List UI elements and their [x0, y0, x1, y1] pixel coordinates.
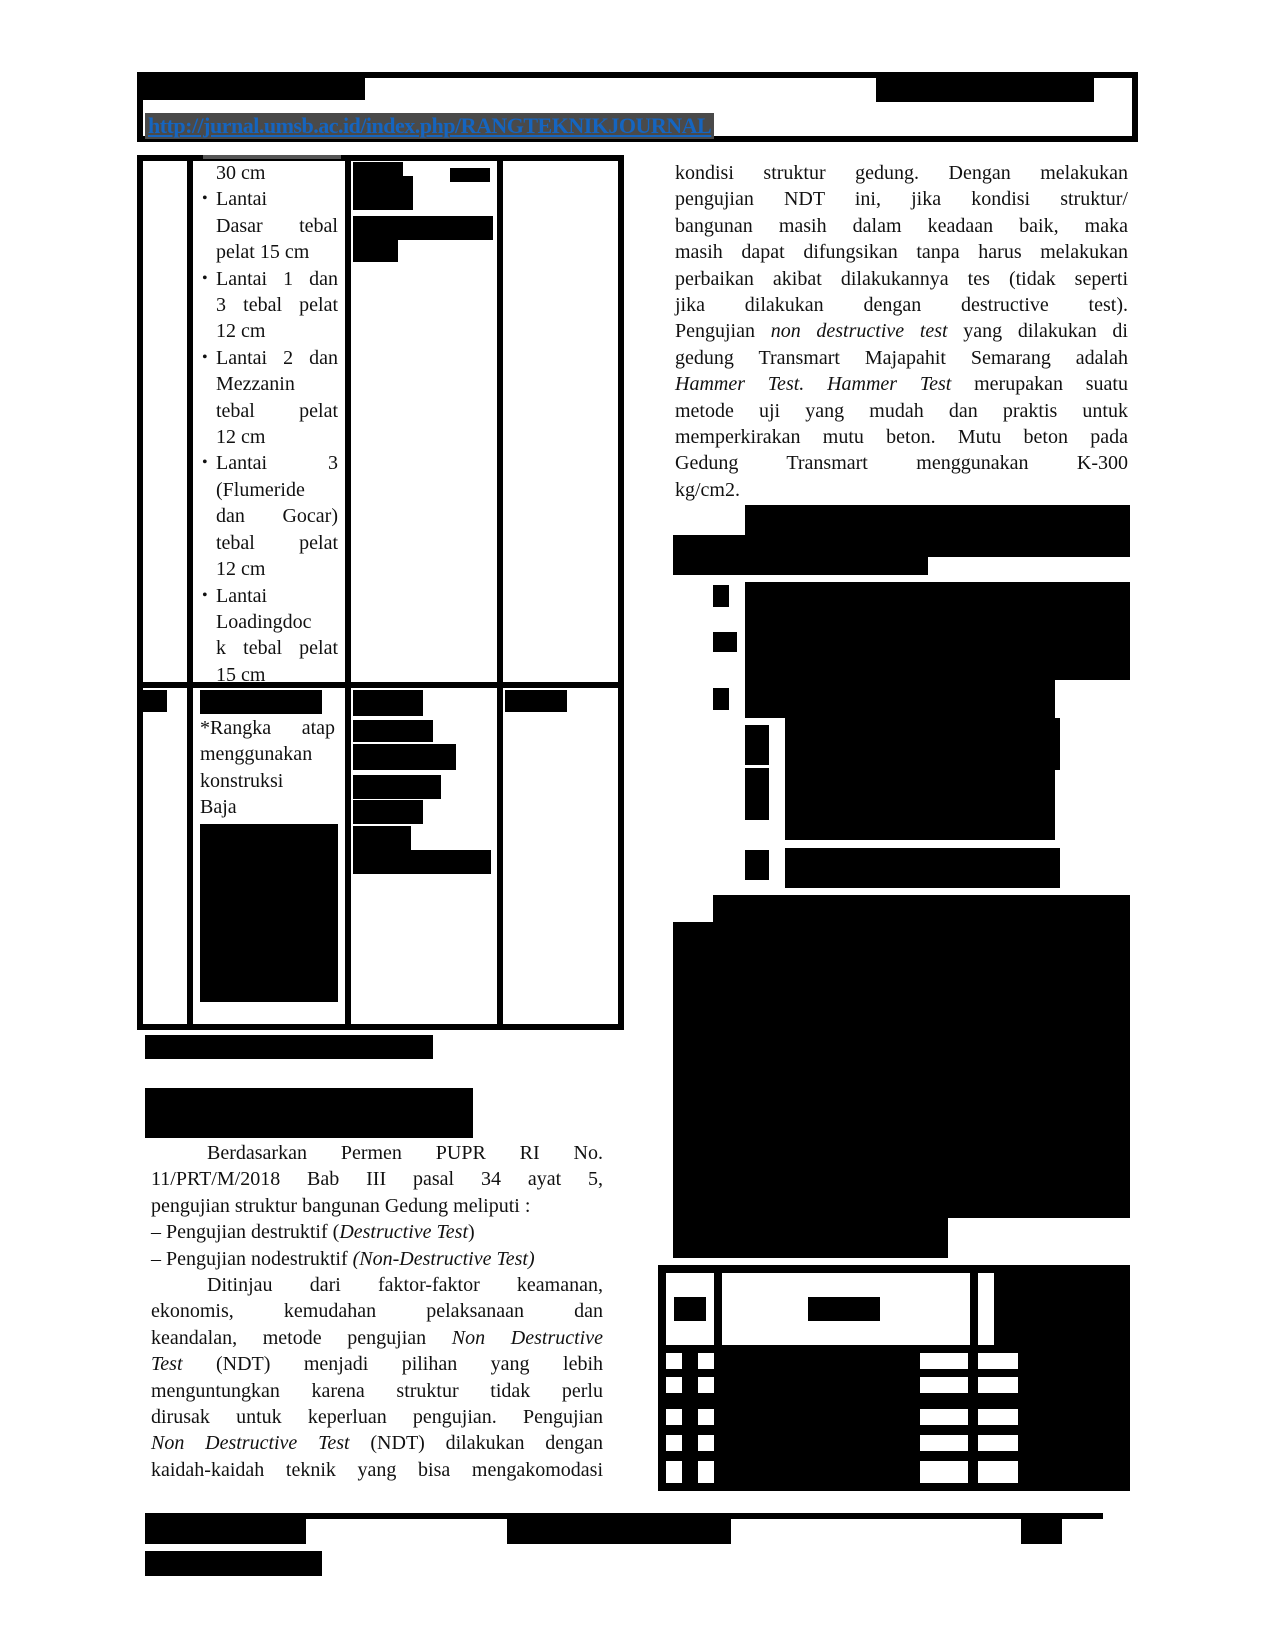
list-line: 12 cm: [200, 318, 338, 344]
redacted-list-marker: [713, 688, 729, 710]
text-line: kaidah-kaidah teknik yang bisa mengakomo…: [151, 1457, 603, 1483]
text-line: bangunan masih dalam keadaan baik, maka: [675, 213, 1128, 239]
table-cell: [978, 1435, 1018, 1451]
redacted-sublist-item: [785, 768, 1055, 840]
list-item-lantai-3: •Lantai 3: [200, 450, 338, 476]
redacted-cell-text: [353, 800, 423, 824]
note-line: konstruksi: [200, 768, 335, 794]
redacted-list-item: [745, 668, 1055, 718]
table-col-divider-1: [187, 155, 193, 1030]
table-cell: [978, 1409, 1018, 1425]
text-line: keandalan, metode pengujian Non Destruct…: [151, 1325, 603, 1351]
redacted-cell-text: [450, 168, 490, 182]
text-line: 11/PRT/M/2018 Bab III pasal 34 ayat 5,: [151, 1166, 603, 1192]
redacted-cell-text: [353, 162, 403, 176]
text-line: masih dapat difungsikan tanpa harus mela…: [675, 239, 1128, 265]
table-cell: [920, 1461, 968, 1483]
header-redacted-right: [876, 78, 1094, 102]
text-line: dirusak untuk keperluan pengujian. Pengu…: [151, 1404, 603, 1430]
list-line: Loadingdoc: [200, 609, 338, 635]
list-item-lantai-2-mezzanin: •Lantai 2 dan: [200, 345, 338, 371]
list-line: dan Gocar): [200, 503, 338, 529]
header-redacted-left: [143, 78, 365, 100]
table-cell: [920, 1435, 968, 1451]
note-line: Baja: [200, 794, 335, 820]
redacted-paragraph: [713, 895, 1130, 923]
text-line: jika dilakukan dengan destructive test).: [675, 292, 1128, 318]
text-line: kondisi struktur gedung. Dengan melakuka…: [675, 160, 1128, 186]
list-line: 12 cm: [200, 424, 338, 450]
redacted-table-source: [145, 1035, 433, 1059]
table-cell: [978, 1353, 1018, 1369]
list-line: pelat 15 cm: [200, 239, 338, 265]
text-line: ekonomis, kemudahan pelaksanaan dan: [151, 1298, 603, 1324]
table-cell: [666, 1435, 682, 1451]
text-line: pengujian NDT ini, jika kondisi struktur…: [675, 186, 1128, 212]
table-cell: [920, 1409, 968, 1425]
redacted-cell-text: [353, 744, 456, 770]
list-line: tebal pelat: [200, 398, 338, 424]
text-line: kg/cm2.: [675, 477, 1128, 503]
text-line: gedung Transmart Majapahit Semarang adal…: [675, 345, 1128, 371]
text-line: menguntungkan karena struktur tidak perl…: [151, 1378, 603, 1404]
hammer-test-paragraph: kondisi struktur gedung. Dengan melakuka…: [675, 160, 1128, 503]
list-item-lantai-dasar: •Lantai: [200, 186, 338, 212]
text-line: Test (NDT) menjadi pilihan yang lebih: [151, 1351, 603, 1377]
table-cell: [698, 1377, 714, 1393]
table-cell: [666, 1377, 682, 1393]
table-cell: [666, 1461, 682, 1483]
text-line: Ditinjau dari faktor-faktor keamanan,: [151, 1272, 603, 1298]
note-line: menggunakan: [200, 741, 335, 767]
ndt-regulation-paragraph: Berdasarkan Permen PUPR RI No. 11/PRT/M/…: [151, 1140, 603, 1483]
redacted-cell-text: [353, 240, 398, 262]
redacted-header-text: [808, 1297, 880, 1321]
list-line: 12 cm: [200, 556, 338, 582]
list-line: 3 tebal pelat: [200, 292, 338, 318]
redacted-footer-center: [507, 1519, 731, 1544]
redacted-paragraph: [673, 1218, 948, 1258]
text-line: Hammer Test. Hammer Test merupakan suatu: [675, 371, 1128, 397]
redacted-list-item: [745, 582, 1130, 630]
list-line: k tebal pelat: [200, 635, 338, 661]
redacted-cell-text: [353, 775, 441, 799]
redacted-paragraph: [673, 1118, 1130, 1218]
redacted-sublist-marker: [745, 850, 769, 880]
list-item-loadingdock: •Lantai: [200, 583, 338, 609]
list-line: Dasar tebal: [200, 213, 338, 239]
redacted-sublist-item: [785, 718, 1060, 770]
redacted-cell-text: [353, 690, 423, 716]
list-item-lantai-1-3: •Lantai 1 dan: [200, 266, 338, 292]
cell-top-shade: [203, 155, 341, 159]
list-line: tebal pelat: [200, 530, 338, 556]
list-line: 30 cm: [200, 160, 338, 186]
redacted-page-number: [1021, 1519, 1062, 1544]
redacted-sublist-marker: [745, 768, 769, 820]
table-cell: [920, 1353, 968, 1369]
note-line: *Rangka atap: [200, 715, 335, 741]
roof-truss-note: *Rangka atap menggunakan konstruksi Baja: [200, 715, 335, 821]
redacted-sublist-marker: [745, 725, 769, 765]
text-line: memperkirakan mutu beton. Mutu beton pad…: [675, 424, 1128, 450]
redacted-list-marker: [713, 585, 729, 607]
table-cell: [666, 1409, 682, 1425]
redacted-cell-text: [200, 824, 338, 1002]
list-item-destructive: – Pengujian destruktif (Destructive Test…: [151, 1219, 603, 1245]
redacted-cell-text: [353, 216, 493, 240]
table-cell: [698, 1409, 714, 1425]
redacted-footer-left: [145, 1519, 306, 1544]
redacted-list-marker: [713, 632, 737, 652]
redacted-cell-heading: [200, 690, 322, 714]
text-line: pengujian struktur bangunan Gedung melip…: [151, 1193, 603, 1219]
text-line: perbaikan akibat dilakukannya tes (tidak…: [675, 266, 1128, 292]
table-cell: [978, 1377, 1018, 1393]
redacted-section-heading: [145, 1088, 473, 1138]
table-header-cell: [978, 1273, 994, 1345]
redacted-row-number: [143, 690, 167, 712]
list-item-non-destructive: – Pengujian nodestruktif (Non-Destructiv…: [151, 1246, 603, 1272]
table-cell: [920, 1377, 968, 1393]
redacted-cell-text: [505, 690, 567, 712]
list-line: Mezzanin: [200, 371, 338, 397]
list-line: (Flumeride: [200, 477, 338, 503]
redacted-cell-text: [353, 720, 433, 742]
text-line: metode uji yang mudah dan praktis untuk: [675, 398, 1128, 424]
table-col-divider-2: [345, 155, 351, 1030]
redacted-sublist-item: [785, 848, 1060, 888]
slab-thickness-list: 30 cm •Lantai Dasar tebal pelat 15 cm •L…: [200, 160, 338, 688]
text-line: Pengujian non destructive test yang dila…: [675, 318, 1128, 344]
table-cell: [698, 1461, 714, 1483]
text-line: Non Destructive Test (NDT) dilakukan den…: [151, 1430, 603, 1456]
text-line: Berdasarkan Permen PUPR RI No.: [151, 1140, 603, 1166]
journal-url-link[interactable]: http://jurnal.umsb.ac.id/index.php/RANGT…: [145, 113, 714, 139]
redacted-heading: [673, 557, 928, 575]
table-cell: [978, 1461, 1018, 1483]
redacted-heading: [745, 505, 1130, 535]
redacted-cell-text: [353, 176, 413, 210]
table-col-divider-3: [497, 155, 503, 1030]
redacted-header-text: [674, 1297, 706, 1321]
redacted-cell-text: [353, 850, 491, 874]
redacted-footer-issn: [145, 1551, 322, 1576]
table-cell: [666, 1353, 682, 1369]
table-cell: [698, 1353, 714, 1369]
table-cell: [698, 1435, 714, 1451]
text-line: Gedung Transmart menggunakan K-300: [675, 450, 1128, 476]
redacted-cell-text: [353, 826, 411, 850]
redacted-heading: [673, 535, 1130, 557]
list-line: 15 cm: [200, 662, 338, 688]
